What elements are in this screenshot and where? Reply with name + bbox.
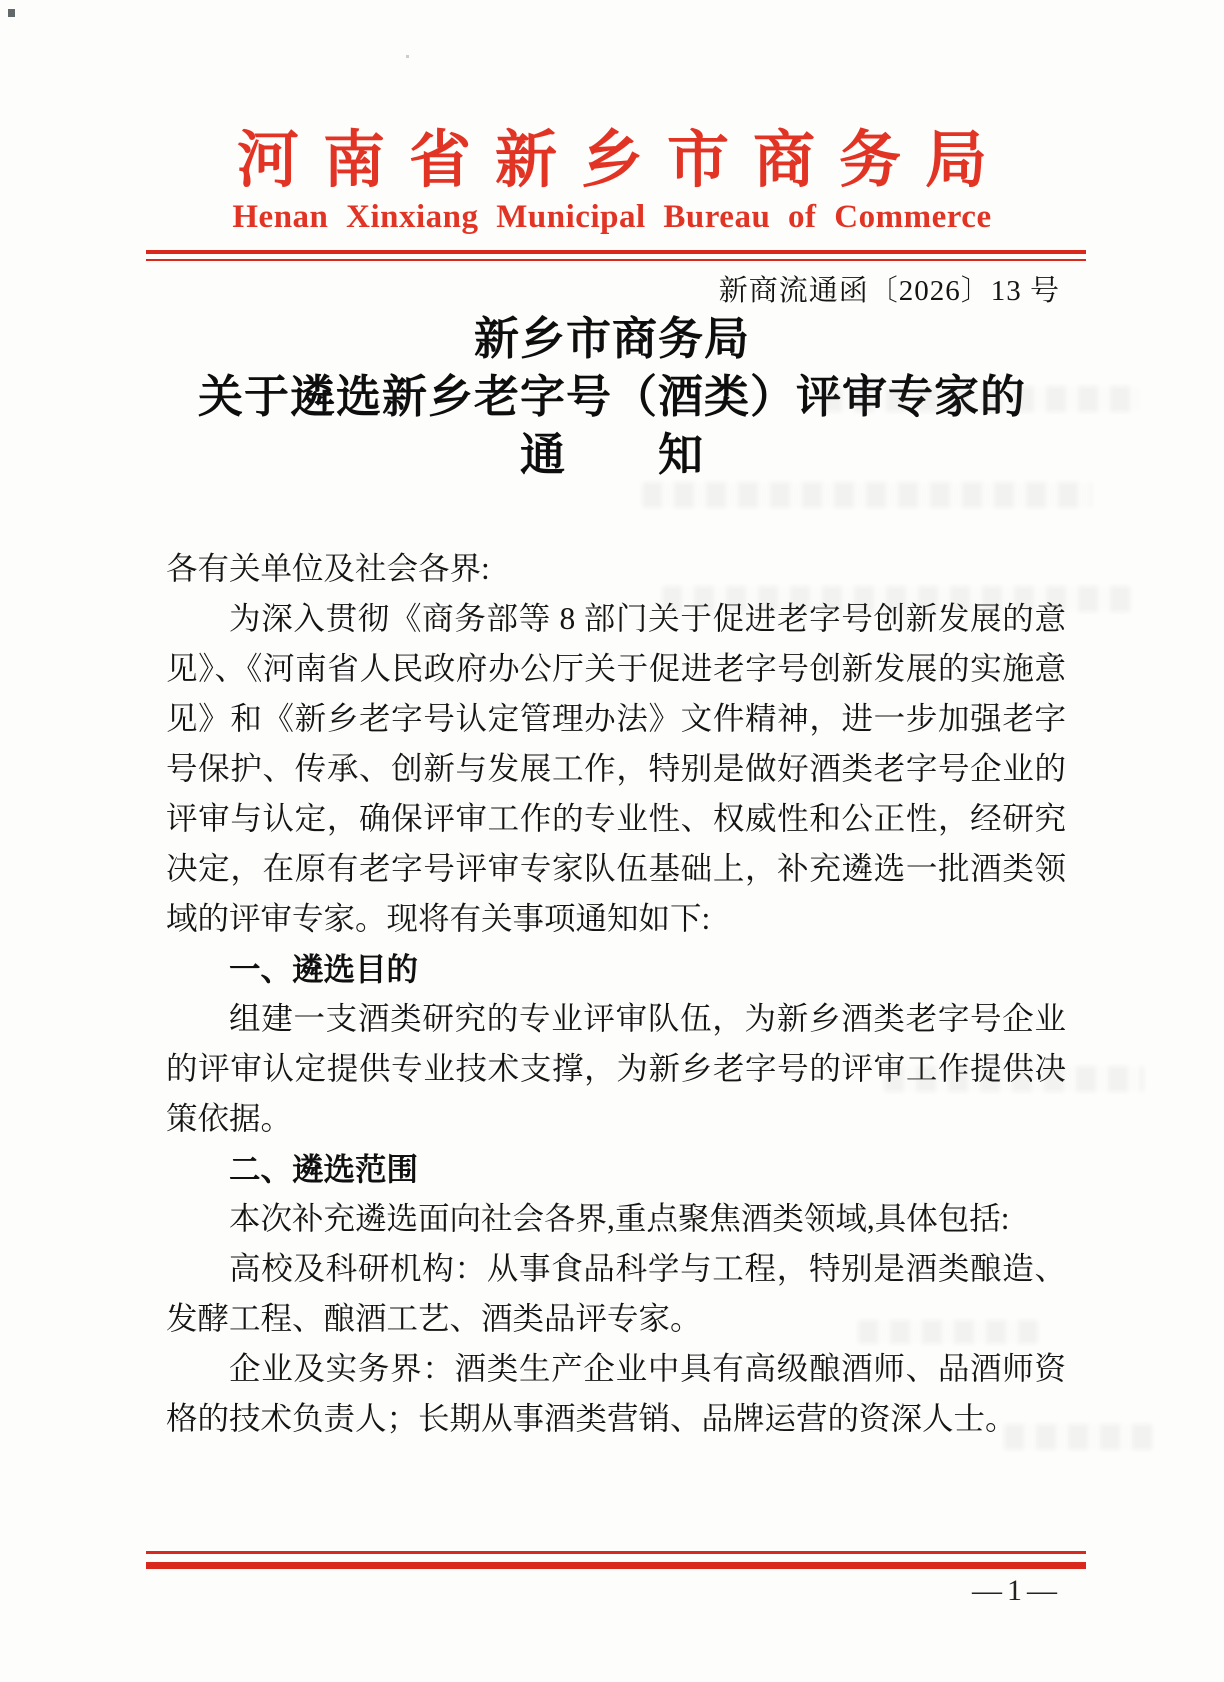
rule-line-thick [146, 1562, 1086, 1569]
body-paragraph: 企业及实务界：酒类生产企业中具有高级酿酒师、品酒师资格的技术负责人；长期从事酒类… [166, 1344, 1066, 1444]
salutation: 各有关单位及社会各界: [166, 544, 1066, 594]
scan-smudge [642, 482, 1092, 508]
title-line-1: 新乡市商务局 [0, 310, 1224, 368]
body-paragraph: 组建一支酒类研究的专业评审队伍，为新乡酒类老字号企业的评审认定提供专业技术支撑，… [166, 994, 1066, 1144]
section-heading: 二、遴选范围 [166, 1144, 1066, 1194]
document-title: 新乡市商务局 关于遴选新乡老字号（酒类）评审专家的 通 知 [0, 310, 1224, 484]
page-number: —1— [972, 1574, 1062, 1608]
document-number: 新商流通函〔2026〕13 号 [719, 274, 1060, 308]
scan-speck [8, 9, 15, 17]
rule-line-thin [146, 1551, 1086, 1554]
rule-line-thin [146, 259, 1086, 261]
scan-speck [406, 55, 409, 58]
letterhead-double-rule [146, 250, 1086, 261]
body-paragraph: 本次补充遴选面向社会各界,重点聚焦酒类领域,具体包括: [166, 1194, 1066, 1244]
title-line-2: 关于遴选新乡老字号（酒类）评审专家的 [0, 368, 1224, 426]
letterhead-org-name-en: Henan Xinxiang Municipal Bureau of Comme… [0, 198, 1224, 236]
body-flow: 各有关单位及社会各界: 为深入贯彻《商务部等 8 部门关于促进老字号创新发展的意… [166, 544, 1066, 1444]
letterhead-org-name-cn: 河南省新乡市商务局 [0, 126, 1224, 196]
title-line-3: 通 知 [0, 426, 1224, 484]
body-paragraph: 为深入贯彻《商务部等 8 部门关于促进老字号创新发展的意见》、《河南省人民政府办… [166, 594, 1066, 944]
body-paragraph: 高校及科研机构：从事食品科学与工程，特别是酒类酿造、发酵工程、酿酒工艺、酒类品评… [166, 1244, 1066, 1344]
section-heading: 一、遴选目的 [166, 944, 1066, 994]
document-page: 河南省新乡市商务局 Henan Xinxiang Municipal Burea… [0, 0, 1224, 1682]
footer-double-rule [146, 1551, 1086, 1569]
rule-line-thick [146, 250, 1086, 254]
